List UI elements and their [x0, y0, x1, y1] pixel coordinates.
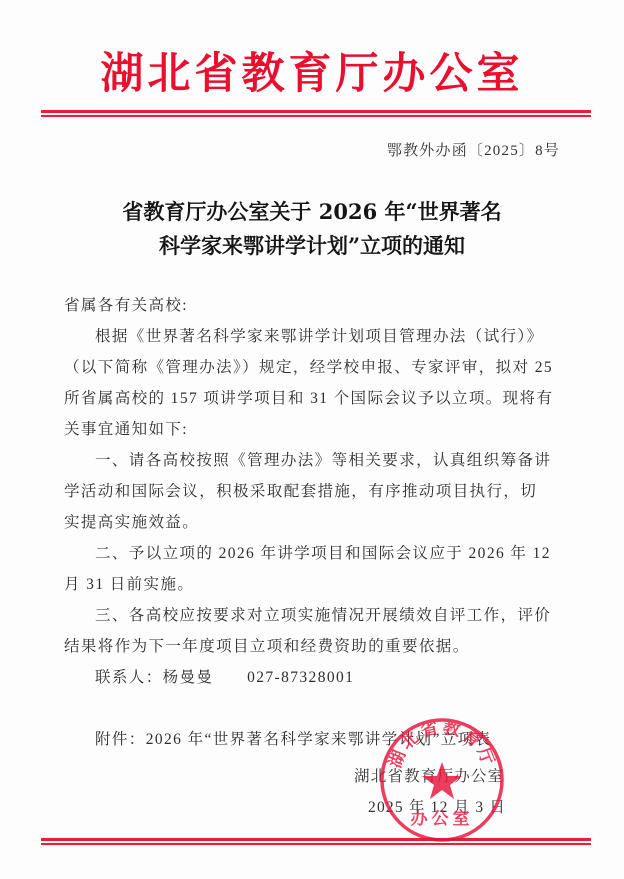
document-body: 省属各有关高校: 根据《世界著名科学家来鄂讲学计划项目管理办法（试行）》（以下简…: [64, 290, 554, 755]
letterhead-title: 湖北省教育厅办公室: [0, 46, 624, 102]
footer-red-rule: [41, 838, 591, 845]
letterhead-red-rule: [41, 110, 591, 117]
salutation: 省属各有关高校:: [64, 290, 554, 321]
item-paragraph-3: 三、各高校应按要求对立项实施情况开展绩效自评工作，评价结果将作为下一年度项目立项…: [64, 600, 554, 662]
attachment-line: 附件：2026 年“世界著名科学家来鄂讲学计划”立项表: [64, 724, 554, 755]
document-title: 省教育厅办公室关于 2026 年“世界著名 科学家来鄂讲学计划”立项的通知: [0, 195, 624, 263]
intro-paragraph: 根据《世界著名科学家来鄂讲学计划项目管理办法（试行）》（以下简称《管理办法》）规…: [64, 321, 554, 445]
document-title-line-2: 科学家来鄂讲学计划”立项的通知: [0, 229, 624, 263]
document-title-line-1: 省教育厅办公室关于 2026 年“世界著名: [0, 195, 624, 229]
issue-date: 2025 年 12 月 3 日: [354, 792, 506, 823]
document-page: 湖北省教育厅办公室 鄂教外办函〔2025〕8号 省教育厅办公室关于 2026 年…: [0, 0, 624, 879]
document-number: 鄂教外办函〔2025〕8号: [387, 139, 560, 160]
signature-block: 湖北省教育厅办公室 2025 年 12 月 3 日: [354, 761, 506, 823]
contact-line: 联系人：杨曼曼 027-87328001: [64, 662, 554, 693]
item-paragraph-1: 一、请各高校按照《管理办法》等相关要求，认真组织筹备讲学活动和国际会议，积极采取…: [64, 445, 554, 538]
item-paragraph-2: 二、予以立项的 2026 年讲学项目和国际会议应于 2026 年 12 月 31…: [64, 538, 554, 600]
issuer-name: 湖北省教育厅办公室: [354, 761, 506, 792]
